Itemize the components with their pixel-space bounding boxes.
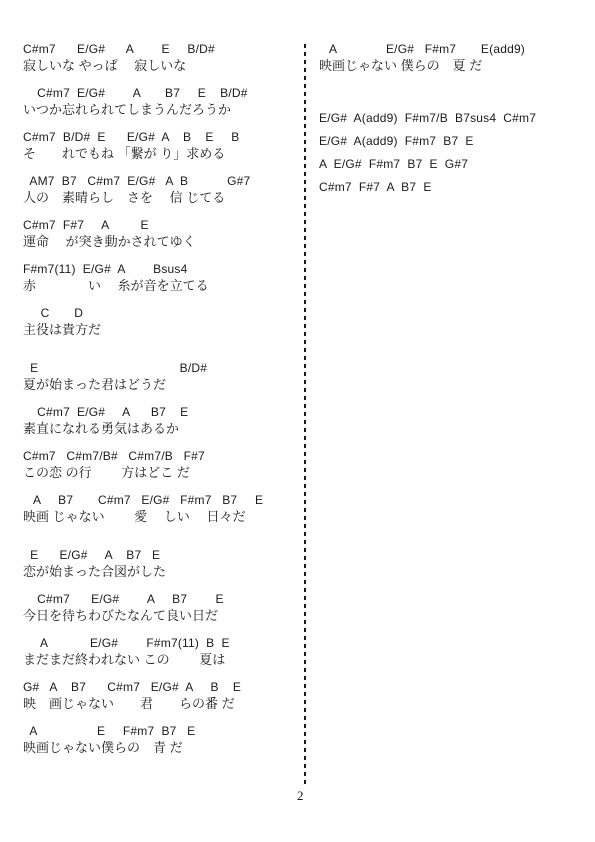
- chord-sheet-page: C#m7 E/G# A E B/D# 寂しいな やっぱ 寂しいな C#m7 E/…: [0, 0, 595, 842]
- lyric-line: いつか忘れられてしまうんだろうか: [23, 101, 295, 118]
- chord-lyric-block: C#m7 E/G# A E B/D# 寂しいな やっぱ 寂しいな: [23, 41, 295, 74]
- lyric-line: 主役は貴方だ: [23, 321, 295, 338]
- chord-line: A E/G# F#m7 E(add9): [319, 41, 579, 57]
- chord-lyric-block: A E/G# F#m7(11) B E まだまだ終われない この 夏は: [23, 635, 295, 668]
- chord-lyric-block: A E/G# F#m7 E(add9) 映画じゃない 僕らの 夏 だ: [319, 41, 579, 74]
- chord-lyric-block: C#m7 E/G# A B7 E 素直になれる勇気はあるか: [23, 404, 295, 437]
- chord-line: C#m7 C#m7/B# C#m7/B F#7: [23, 448, 295, 464]
- lyric-line: 恋が始まった合図がした: [23, 563, 295, 580]
- chord-line: F#m7(11) E/G# A Bsus4: [23, 261, 295, 277]
- chord-lyric-block: C#m7 B/D# E E/G# A B E B そ れでもね 「繋が り」求め…: [23, 129, 295, 162]
- chord-lyric-block: C#m7 F#7 A E 運命 が突き動かされてゆく: [23, 217, 295, 250]
- lyric-line: 素直になれる勇気はあるか: [23, 420, 295, 437]
- chord-line: A E F#m7 B7 E: [23, 723, 295, 739]
- chord-line: AM7 B7 C#m7 E/G# A B G#7: [23, 173, 295, 189]
- chord-line: A E/G# F#m7(11) B E: [23, 635, 295, 651]
- chord-lyric-block: C#m7 E/G# A B7 E 今日を待ちわびたなんて良い日だ: [23, 591, 295, 624]
- chord-lyric-block: C#m7 E/G# A B7 E B/D# いつか忘れられてしまうんだろうか: [23, 85, 295, 118]
- left-column: C#m7 E/G# A E B/D# 寂しいな やっぱ 寂しいな C#m7 E/…: [23, 41, 295, 767]
- chord-line: C#m7 F#7 A E: [23, 217, 295, 233]
- chord-line: C#m7 B/D# E E/G# A B E B: [23, 129, 295, 145]
- lyric-line: 映 画じゃない 君 らの番 だ: [23, 695, 295, 712]
- chord-lyric-block: A B7 C#m7 E/G# F#m7 B7 E 映画 じゃない 愛 しい 日々…: [23, 492, 295, 525]
- chord-line: C#m7 E/G# A B7 E B/D#: [23, 85, 295, 101]
- chord-line: C#m7 E/G# A E B/D#: [23, 41, 295, 57]
- column-divider-dashed-line: [304, 44, 306, 785]
- chord-lyric-block: G# A B7 C#m7 E/G# A B E 映 画じゃない 君 らの番 だ: [23, 679, 295, 712]
- chord-lyric-block: E B/D# 夏が始まった君はどうだ: [23, 360, 295, 393]
- chord-line: G# A B7 C#m7 E/G# A B E: [23, 679, 295, 695]
- lyric-line: 映画じゃない 僕らの 夏 だ: [319, 57, 579, 74]
- chord-line: C D: [23, 305, 295, 321]
- page-number: 2: [297, 788, 304, 804]
- chord-lyric-block: A E F#m7 B7 E 映画じゃない僕らの 青 だ: [23, 723, 295, 756]
- chord-line: A E/G# F#m7 B7 E G#7: [319, 156, 579, 172]
- chord-line: E B/D#: [23, 360, 295, 376]
- chord-line: C#m7 E/G# A B7 E: [23, 404, 295, 420]
- chord-lyric-block: AM7 B7 C#m7 E/G# A B G#7 人の 素晴らし さを 信 じて…: [23, 173, 295, 206]
- chord-line: E E/G# A B7 E: [23, 547, 295, 563]
- chord-line: C#m7 E/G# A B7 E: [23, 591, 295, 607]
- lyric-line: 夏が始まった君はどうだ: [23, 376, 295, 393]
- lyric-line: 運命 が突き動かされてゆく: [23, 233, 295, 250]
- lyric-line: 今日を待ちわびたなんて良い日だ: [23, 607, 295, 624]
- lyric-line: 映画じゃない僕らの 青 だ: [23, 739, 295, 756]
- chord-line: E/G# A(add9) F#m7 B7 E: [319, 133, 579, 149]
- lyric-line: そ れでもね 「繋が り」求める: [23, 145, 295, 162]
- lyric-line: 映画 じゃない 愛 しい 日々だ: [23, 508, 295, 525]
- chord-lyric-block: E E/G# A B7 E 恋が始まった合図がした: [23, 547, 295, 580]
- chord-lyric-block: F#m7(11) E/G# A Bsus4 赤 い 糸が音を立てる: [23, 261, 295, 294]
- lyric-line: 赤 い 糸が音を立てる: [23, 277, 295, 294]
- chord-lyric-block: C D 主役は貴方だ: [23, 305, 295, 338]
- chord-line: A B7 C#m7 E/G# F#m7 B7 E: [23, 492, 295, 508]
- lyric-line: 人の 素晴らし さを 信 じてる: [23, 189, 295, 206]
- lyric-line: 寂しいな やっぱ 寂しいな: [23, 57, 295, 74]
- chord-line: C#m7 F#7 A B7 E: [319, 179, 579, 195]
- lyric-line: まだまだ終われない この 夏は: [23, 651, 295, 668]
- chord-line: E/G# A(add9) F#m7/B B7sus4 C#m7: [319, 110, 579, 126]
- chord-lyric-block: C#m7 C#m7/B# C#m7/B F#7 この恋 の行 方はどこ だ: [23, 448, 295, 481]
- right-column: A E/G# F#m7 E(add9) 映画じゃない 僕らの 夏 だ E/G# …: [319, 41, 579, 202]
- lyric-line: この恋 の行 方はどこ だ: [23, 464, 295, 481]
